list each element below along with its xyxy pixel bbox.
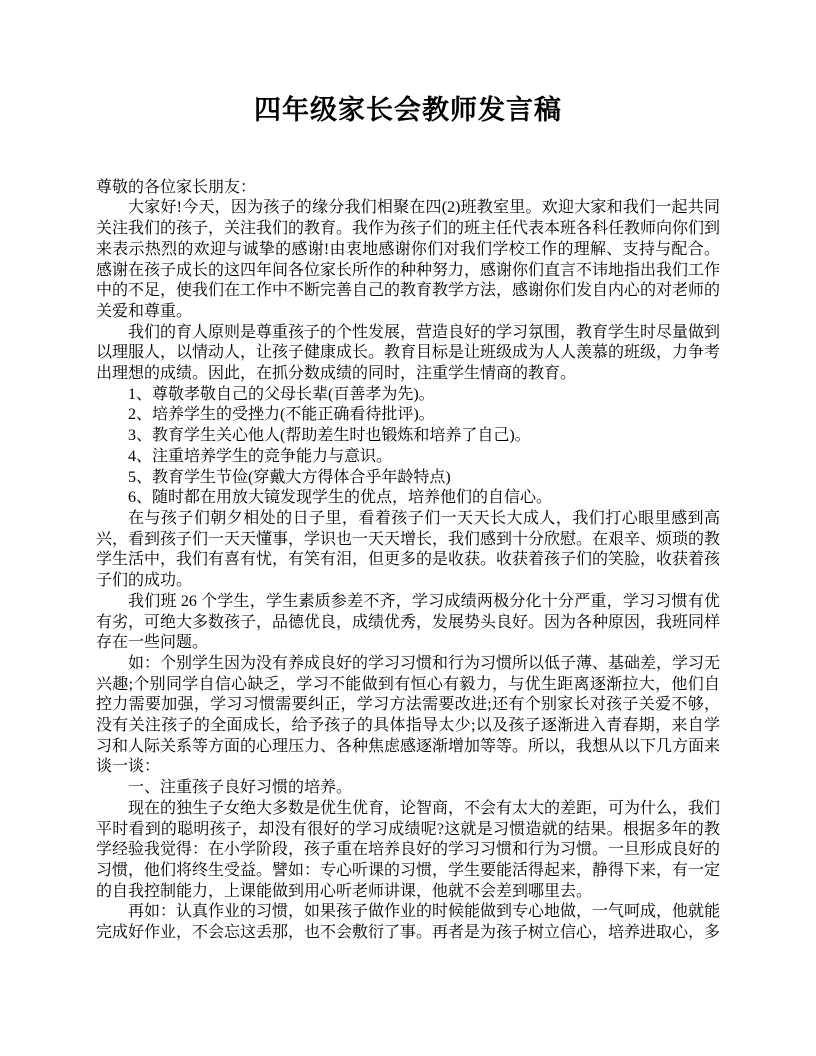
document-title: 四年级家长会教师发言稿 [96, 94, 720, 128]
paragraph: 大家好!今天，因为孩子的缘分我们相聚在四(2)班教室里。欢迎大家和我们一起共同关… [96, 198, 720, 322]
paragraph: 再如：认真作业的习惯，如果孩子做作业的时候能做到专心地做，一气呵成，他就能完成好… [96, 902, 720, 943]
paragraph: 2、培养学生的受挫力(不能正确看待批评)。 [96, 405, 720, 426]
paragraph: 6、随时都在用放大镜发现学生的优点，培养他们的自信心。 [96, 488, 720, 509]
document-page: 四年级家长会教师发言稿 尊敬的各位家长朋友：大家好!今天，因为孩子的缘分我们相聚… [0, 0, 816, 1056]
paragraph: 在与孩子们朝夕相处的日子里，看着孩子们一天天长大成人，我们打心眼里感到高兴，看到… [96, 509, 720, 592]
paragraph: 如：个别学生因为没有养成良好的学习习惯和行为习惯所以低子薄、基础差，学习无兴趣;… [96, 654, 720, 778]
paragraph: 现在的独生子女绝大多数是优生优育，论智商，不会有太大的差距，可为什么，我们平时看… [96, 799, 720, 903]
paragraph: 5、教育学生节俭(穿戴大方得体合乎年龄特点) [96, 468, 720, 489]
paragraph: 我们的育人原则是尊重孩子的个性发展，营造良好的学习氛围，教育学生时尽量做到以理服… [96, 323, 720, 385]
paragraph: 4、注重培养学生的竞争能力与意识。 [96, 447, 720, 468]
paragraph: 尊敬的各位家长朋友： [96, 178, 720, 199]
paragraph: 我们班 26 个学生，学生素质参差不齐，学习成绩两极分化十分严重，学习习惯有优有… [96, 592, 720, 654]
paragraph: 3、教育学生关心他人(帮助差生时也锻炼和培养了自己)。 [96, 426, 720, 447]
paragraph: 1、尊敬孝敬自己的父母长辈(百善孝为先)。 [96, 385, 720, 406]
document-body: 尊敬的各位家长朋友：大家好!今天，因为孩子的缘分我们相聚在四(2)班教室里。欢迎… [96, 178, 720, 944]
paragraph: 一、注重孩子良好习惯的培养。 [96, 778, 720, 799]
